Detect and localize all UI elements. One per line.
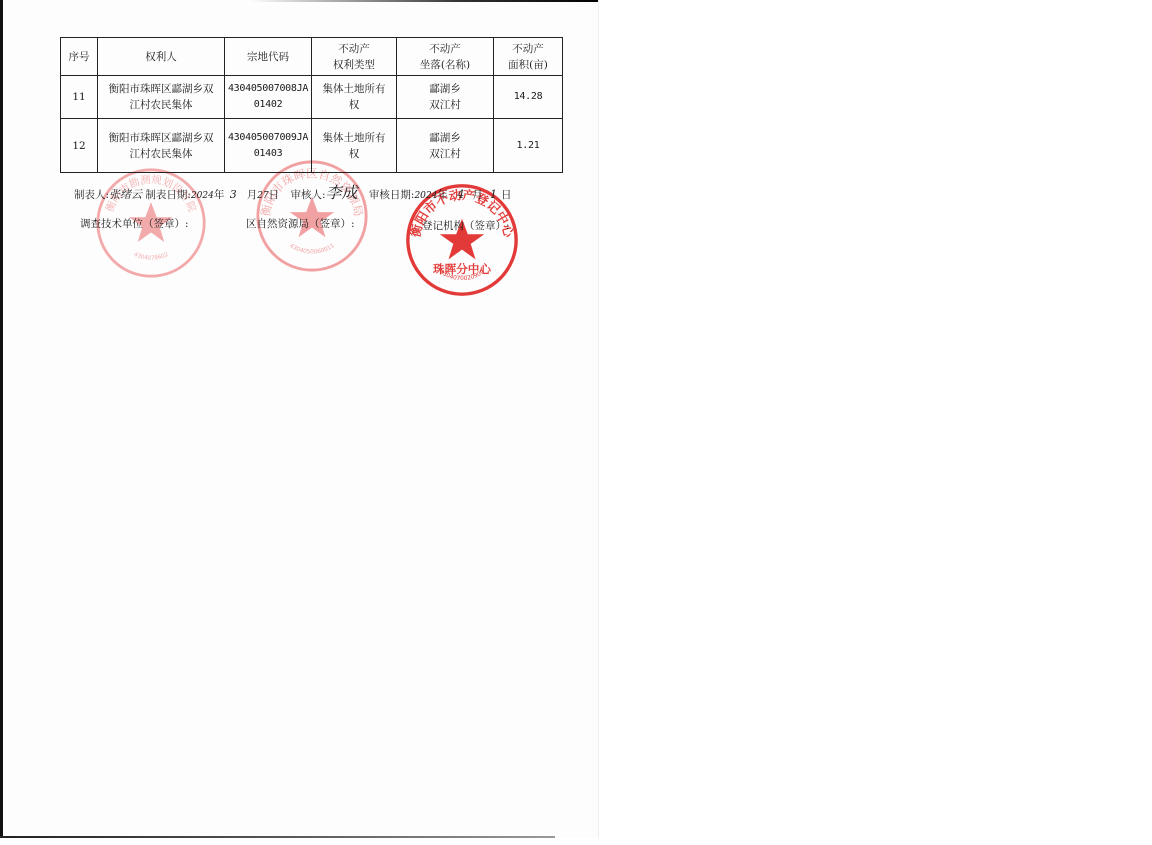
preparer-signature: 张绪云 (109, 188, 142, 201)
header-area: 不动产面积(亩) (494, 38, 563, 76)
cell-seq: 12 (61, 119, 98, 173)
scan-edge-right (598, 0, 599, 838)
bureau-label: 区自然资源局（签章）: (246, 216, 355, 231)
svg-text:4304050060011: 4304050060011 (288, 243, 336, 256)
review-date-label: 审核日期: (369, 189, 415, 201)
header-seq: 序号 (61, 38, 98, 76)
table-row: 11 衡阳市珠晖区酃湖乡双江村农民集体 430405007008JA01402 … (61, 76, 563, 119)
cell-owner: 衡阳市珠晖区酃湖乡双江村农民集体 (98, 119, 225, 173)
registry-label: 登记机构（签章）: (422, 218, 510, 233)
survey-unit-label: 调查技术单位（签章）: (80, 216, 189, 231)
signature-line: 制表人:张绪云 制表日期:2024年 3月27日 审核人:李成 审核日期:202… (74, 180, 512, 203)
property-rights-table: 序号 权利人 宗地代码 不动产权利类型 不动产坐落(名称) 不动产面积(亩) 1… (60, 37, 563, 173)
cell-right-type: 集体土地所有权 (312, 76, 397, 119)
svg-text:4304078602: 4304078602 (133, 252, 170, 262)
header-right-type: 不动产权利类型 (312, 38, 397, 76)
scan-edge-left (0, 0, 3, 838)
cell-seq: 11 (61, 76, 98, 119)
review-year: 2024 (414, 191, 437, 201)
prep-date-label: 制表日期: (145, 189, 191, 201)
table-row: 12 衡阳市珠晖区酃湖乡双江村农民集体 430405007009JA01403 … (61, 119, 563, 173)
header-owner: 权利人 (98, 38, 225, 76)
preparer-label: 制表人: (74, 189, 109, 201)
header-location: 不动产坐落(名称) (397, 38, 494, 76)
scanned-page: 衡阳市勘测规划设计院 4304078602 衡阳市珠晖区自然资源局 430405… (0, 0, 599, 838)
reviewer-signature: 李成 (326, 183, 358, 202)
prep-year: 2024 (191, 191, 214, 201)
reviewer-label: 审核人: (290, 189, 325, 201)
cell-right-type: 集体土地所有权 (312, 119, 397, 173)
prep-month: 3 (230, 188, 237, 201)
cell-location: 酃湖乡双江村 (397, 76, 494, 119)
header-parcel-code: 宗地代码 (225, 38, 312, 76)
cell-area: 14.28 (494, 76, 563, 119)
review-day: 1 (490, 188, 497, 201)
cell-location: 酃湖乡双江村 (397, 119, 494, 173)
cell-area: 1.21 (494, 119, 563, 173)
cell-parcel-code: 430405007008JA01402 (225, 76, 312, 119)
scan-edge-top (250, 0, 599, 2)
cell-owner: 衡阳市珠晖区酃湖乡双江村农民集体 (98, 76, 225, 119)
scan-edge-bottom (0, 836, 555, 838)
review-month: 4 (457, 188, 464, 201)
cell-parcel-code: 430405007009JA01403 (225, 119, 312, 173)
prep-day: 27 (257, 191, 268, 201)
table-header-row: 序号 权利人 宗地代码 不动产权利类型 不动产坐落(名称) 不动产面积(亩) (61, 38, 563, 76)
